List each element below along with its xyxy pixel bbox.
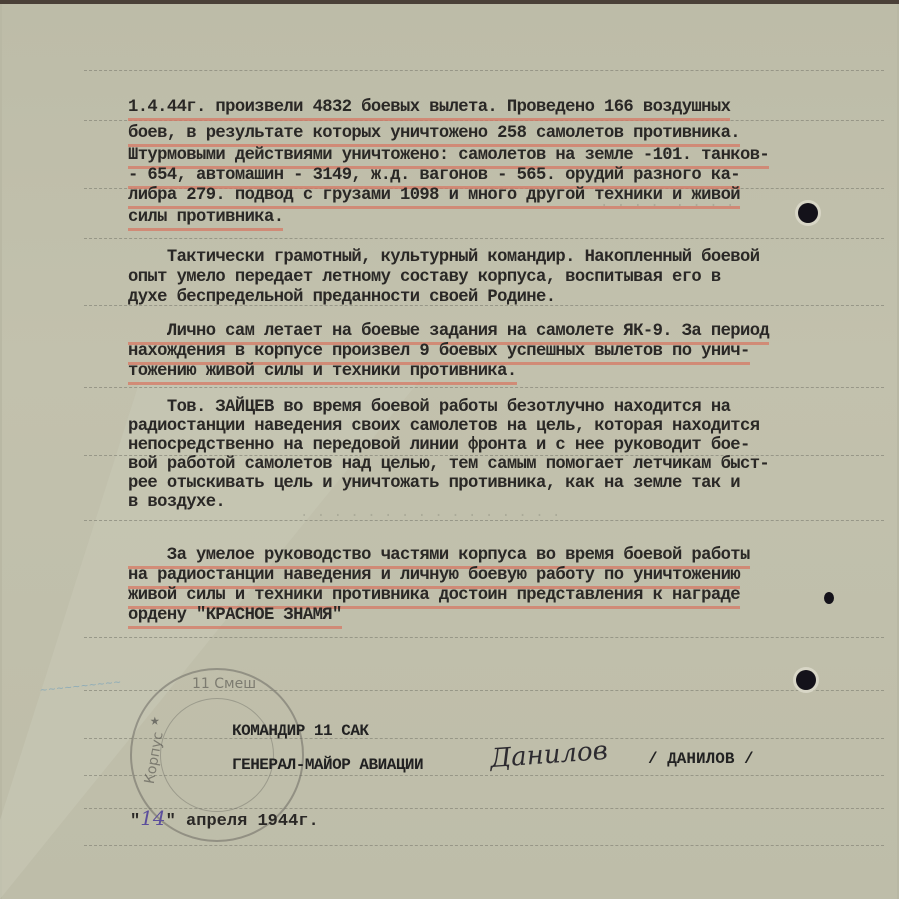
text-line: рее отыскивать цель и уничтожать противн… [128, 474, 740, 494]
text-line: боев, в результате которых уничтожено 25… [128, 124, 740, 147]
text-line: тожению живой силы и техники противника. [128, 362, 517, 385]
text-line: силы противника. [128, 208, 283, 231]
date-quote-open: " [130, 812, 140, 831]
text-line: непосредственно на передовой линии фронт… [128, 436, 750, 456]
form-rule [84, 238, 884, 239]
form-rule [84, 637, 884, 638]
text-line: опыт умело передает летному составу корп… [128, 268, 721, 288]
signatory-position: КОМАНДИР 11 САК [232, 722, 369, 740]
text-line: духе беспредельной преданности своей Род… [128, 288, 555, 308]
document-date: "14" апреля 1944г. [130, 806, 319, 831]
bleed-through-text: . . . . . . . . . . . . . . . . [300, 505, 560, 521]
form-rule [84, 387, 884, 388]
text-line: вой работой самолетов над целью, тем сам… [128, 455, 769, 475]
punch-hole [796, 670, 816, 690]
signatory-name: / ДАНИЛОВ / [648, 750, 754, 768]
date-day-handwritten: 14 [140, 806, 165, 830]
signatory-rank: ГЕНЕРАЛ-МАЙОР АВИАЦИИ [232, 756, 423, 774]
stamp-top-text: 11 Смеш [192, 676, 256, 692]
text-line: ордену "КРАСНОЕ ЗНАМЯ" [128, 606, 342, 629]
date-month-year: апреля 1944г. [176, 812, 319, 831]
punch-hole [798, 203, 818, 223]
form-rule [84, 845, 884, 846]
text-line: либра 279. подвод с грузами 1098 и много… [128, 186, 740, 209]
star-icon: ★ [150, 710, 160, 730]
form-rule [84, 70, 884, 71]
text-line: радиостанции наведения своих самолетов н… [128, 417, 759, 437]
text-line: Тактически грамотный, культурный команди… [128, 248, 759, 268]
text-line: Тов. ЗАЙЦЕВ во время боевой работы безот… [128, 398, 730, 418]
text-line: 1.4.44г. произвели 4832 боевых вылета. П… [128, 98, 730, 121]
date-quote-close: " [166, 812, 176, 831]
text-line: в воздухе. [128, 493, 225, 513]
ink-blot [824, 592, 834, 604]
stamp-emblem-ring [160, 698, 274, 812]
